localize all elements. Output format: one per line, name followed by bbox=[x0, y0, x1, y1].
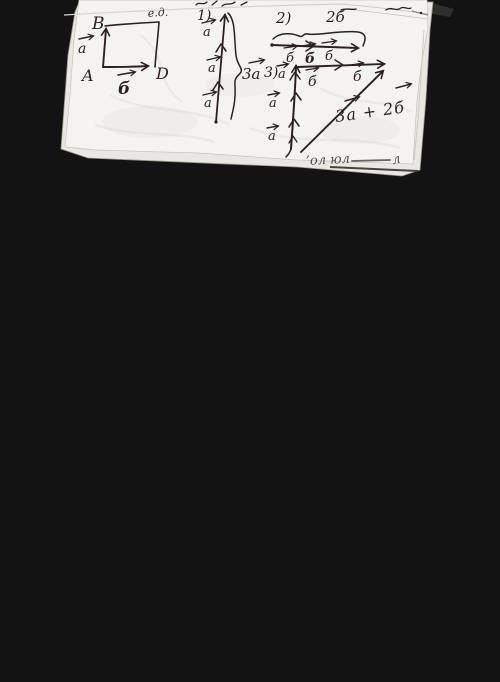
segment-a-label: а bbox=[208, 61, 216, 76]
corner-note: е.д. bbox=[147, 6, 168, 20]
vector-start-dot bbox=[270, 43, 273, 46]
vector-a-label: а bbox=[78, 41, 86, 57]
segment-a-label: а bbox=[268, 129, 276, 144]
vector-b-label: б bbox=[118, 79, 130, 99]
corner-label-d: D bbox=[155, 64, 169, 83]
vector-start-dot bbox=[214, 120, 217, 123]
rect-vector-b-side bbox=[103, 66, 148, 67]
segment-a-label: а bbox=[203, 25, 211, 40]
segment-a-label: а bbox=[204, 96, 212, 111]
brace-label-3a: 3а bbox=[242, 65, 261, 83]
segment-b-label: б bbox=[308, 74, 317, 90]
scribble-line bbox=[352, 160, 390, 161]
segment-a-label: а bbox=[278, 67, 286, 82]
scan-canvas: B A D а б е.д. 1) а а а 3а 2) 2б б bbox=[0, 0, 500, 682]
scribble-text: ’ол юл bbox=[305, 152, 350, 169]
scanned-notebook-photo: B A D а б е.д. 1) а а а 3а 2) 2б б bbox=[0, 0, 500, 682]
figure-2-index: 2) bbox=[275, 9, 292, 27]
paper-blotch bbox=[102, 106, 198, 138]
segment-a-label: а bbox=[269, 96, 277, 111]
figure-2-title-2b: 2б bbox=[325, 8, 346, 26]
segment-b-label: б bbox=[353, 69, 362, 85]
segment-b-label: б bbox=[325, 49, 333, 64]
figure-3-index: 3) bbox=[264, 65, 278, 81]
paper-stack bbox=[61, 0, 433, 176]
corner-label-b: B bbox=[91, 14, 105, 34]
segment-b-label: б bbox=[305, 51, 315, 67]
corner-label-a: A bbox=[80, 66, 94, 85]
